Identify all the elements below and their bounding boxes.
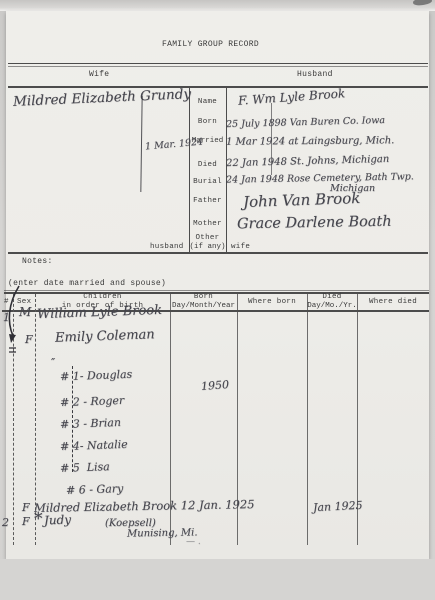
- list-item: # 5 Lisa: [60, 461, 110, 474]
- wife-header: Wife: [89, 71, 109, 79]
- label-father: Father: [189, 198, 226, 206]
- asterisk-mark: *: [34, 511, 43, 528]
- photographed-document: FAMILY GROUP RECORD Wife Husband Name Bo…: [0, 0, 435, 600]
- child-name: Judy: [44, 514, 71, 527]
- label-died: Died: [189, 162, 226, 170]
- husband-father-handwritten: John Van Brook: [243, 191, 361, 210]
- child-sex: M: [19, 306, 31, 318]
- header-died-1: Died: [307, 294, 357, 302]
- header-where-born: Where born: [237, 299, 307, 307]
- stray-pen-mark: — .: [186, 538, 201, 547]
- rule: [8, 86, 428, 88]
- ditto-mark: ″: [51, 357, 55, 368]
- list-item: # 1- Douglas: [60, 369, 133, 383]
- list-item: # 2 - Roger: [60, 395, 124, 408]
- label-name: Name: [189, 99, 226, 107]
- label-other-qualifier: (if any): [188, 244, 227, 252]
- column-line: [226, 87, 227, 252]
- child-sex: F: [22, 516, 30, 527]
- header-born-2: Day/Month/Year: [170, 303, 237, 311]
- husband-married-handwritten: 1 Mar 1924 at Laingsburg, Mich.: [226, 136, 394, 147]
- child-sex: F: [22, 502, 30, 513]
- header-where-died: Where died: [357, 299, 429, 307]
- list-item: # 6 - Gary: [66, 483, 124, 496]
- husband-mother-handwritten: Grace Darlene Boath: [237, 215, 392, 232]
- rule: [8, 66, 428, 67]
- list-item: # 3 - Brian: [60, 417, 121, 430]
- notes-label: Notes:: [22, 258, 53, 266]
- child-sex: F: [25, 334, 33, 345]
- rule: [8, 252, 428, 254]
- label-other-wife: wife: [231, 244, 250, 252]
- header-children-1: Children: [35, 294, 170, 302]
- spouse-name: Emily Coleman: [55, 328, 155, 344]
- list-item: # 4- Natalie: [60, 439, 128, 452]
- child-num: 2: [2, 517, 9, 528]
- rule: [4, 290, 429, 291]
- born-year: 1950: [201, 379, 230, 392]
- column-line: [307, 294, 308, 545]
- instruction-line: (enter date married and spouse): [8, 280, 166, 288]
- label-other: Other: [189, 235, 226, 243]
- label-mother: Mother: [189, 221, 226, 229]
- husband-header: Husband: [297, 71, 333, 79]
- sleeve-top-edge: [0, 0, 435, 11]
- sleeve-bottom-edge: [0, 559, 435, 600]
- label-burial: Burial: [189, 179, 226, 187]
- died-date: Jan 1925: [313, 500, 363, 514]
- header-born-1: Born: [170, 294, 237, 302]
- child-num: 1: [3, 312, 10, 323]
- page-title: FAMILY GROUP RECORD: [162, 41, 259, 49]
- label-other-husband: husband: [150, 244, 184, 252]
- header-died-2: Day/Mo./Yr.: [307, 303, 357, 311]
- rule: [8, 63, 428, 64]
- label-born: Born: [189, 119, 226, 127]
